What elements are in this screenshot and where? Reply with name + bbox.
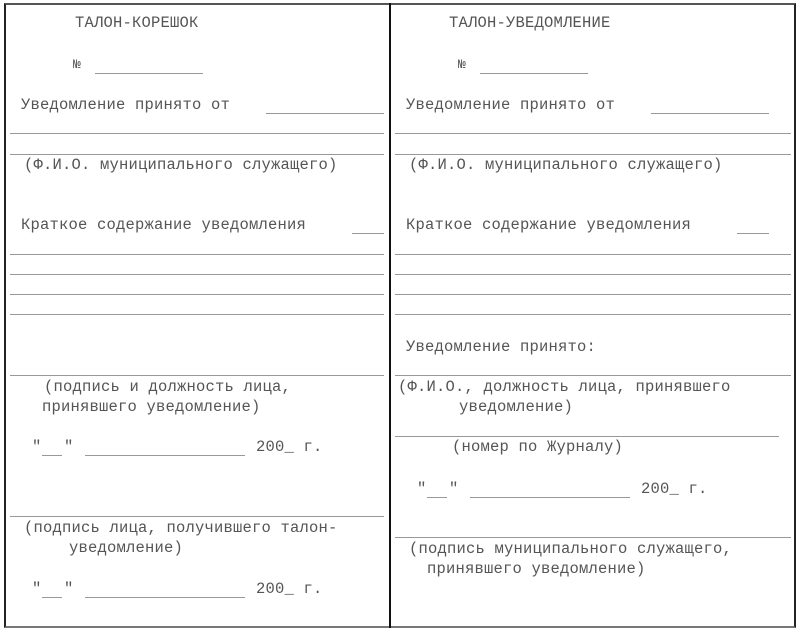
notice-date-month-field[interactable] (470, 497, 630, 498)
stub-receiver-signature-line[interactable] (10, 516, 384, 517)
notice-summary-label: Краткое содержание уведомления (406, 216, 691, 234)
notice-date-year: 200_ г. (641, 480, 708, 498)
stub-date2-close-quote: " (64, 580, 74, 598)
stub-receiver-caption-2: уведомление) (69, 539, 183, 557)
notice-date-close-quote: " (449, 480, 459, 498)
stub-fio-caption: (Ф.И.О. муниципального служащего) (24, 156, 338, 174)
notice-number-field[interactable] (480, 73, 588, 74)
stub-date-month-field[interactable] (85, 455, 245, 456)
notice-summary-line-3[interactable] (395, 294, 791, 295)
stub-receiver-caption-1: (подпись лица, получившего талон- (24, 519, 338, 537)
notice-fio-caption: (Ф.И.О. муниципального служащего) (409, 156, 723, 174)
stub-received-from-label: Уведомление принято от (21, 96, 230, 114)
stub-fio-line-2[interactable] (10, 154, 384, 155)
stub-date-day-field[interactable] (42, 455, 62, 456)
stub-date2-day-field[interactable] (42, 597, 62, 598)
stub-summary-line-4[interactable] (10, 314, 384, 315)
notice-date-open-quote: " (417, 480, 427, 498)
stub-summary-line-3[interactable] (10, 294, 384, 295)
notice-title: ТАЛОН-УВЕДОМЛЕНИЕ (449, 14, 611, 32)
stub-received-from-field[interactable] (266, 113, 384, 114)
stub-number-label: № (73, 56, 81, 74)
stub-title: ТАЛОН-КОРЕШОК (75, 14, 199, 32)
stub-date-open-quote: " (32, 438, 42, 456)
notice-received-from-field[interactable] (651, 113, 769, 114)
stub-summary-line-1[interactable] (10, 254, 384, 255)
notice-accepted-caption-2: уведомление) (459, 398, 573, 416)
notice-accepted-caption-1: (Ф.И.О., должность лица, принявшего (398, 378, 731, 396)
stub-date2-year: 200_ г. (256, 580, 323, 598)
notice-date-day-field[interactable] (427, 497, 447, 498)
stub-signature-line[interactable] (10, 375, 384, 376)
stub-date2-open-quote: " (32, 580, 42, 598)
stub-date2-month-field[interactable] (85, 597, 245, 598)
stub-date-year: 200_ г. (256, 438, 323, 456)
notice-summary-line-2[interactable] (395, 274, 791, 275)
notice-summary-field-start[interactable] (737, 233, 769, 234)
notice-summary-line-4[interactable] (395, 314, 791, 315)
stub-summary-label: Краткое содержание уведомления (21, 216, 306, 234)
stub-signature-caption-2: принявшего уведомление) (42, 398, 261, 416)
stub-fio-line-1[interactable] (10, 133, 384, 134)
stub-date-close-quote: " (64, 438, 74, 456)
notice-signature-line[interactable] (395, 537, 791, 538)
stub-summary-line-2[interactable] (10, 274, 384, 275)
notice-signature-caption-1: (подпись муниципального служащего, (409, 540, 732, 558)
notice-accepted-line[interactable] (395, 375, 791, 376)
notice-summary-line-1[interactable] (395, 254, 791, 255)
notice-fio-line-2[interactable] (395, 154, 791, 155)
notice-journal-caption: (номер по Журналу) (452, 438, 623, 456)
notice-number-label: № (458, 56, 466, 74)
stub-number-field[interactable] (95, 73, 203, 74)
notice-fio-line-1[interactable] (395, 133, 791, 134)
notice-journal-number-field[interactable] (395, 436, 779, 437)
column-divider (389, 3, 391, 628)
stub-summary-field-start[interactable] (352, 233, 384, 234)
stub-signature-caption-1: (подпись и должность лица, (44, 378, 291, 396)
notice-signature-caption-2: принявшего уведомление) (427, 560, 646, 578)
notice-received-from-label: Уведомление принято от (406, 96, 615, 114)
notice-accepted-label: Уведомление принято: (406, 338, 596, 356)
